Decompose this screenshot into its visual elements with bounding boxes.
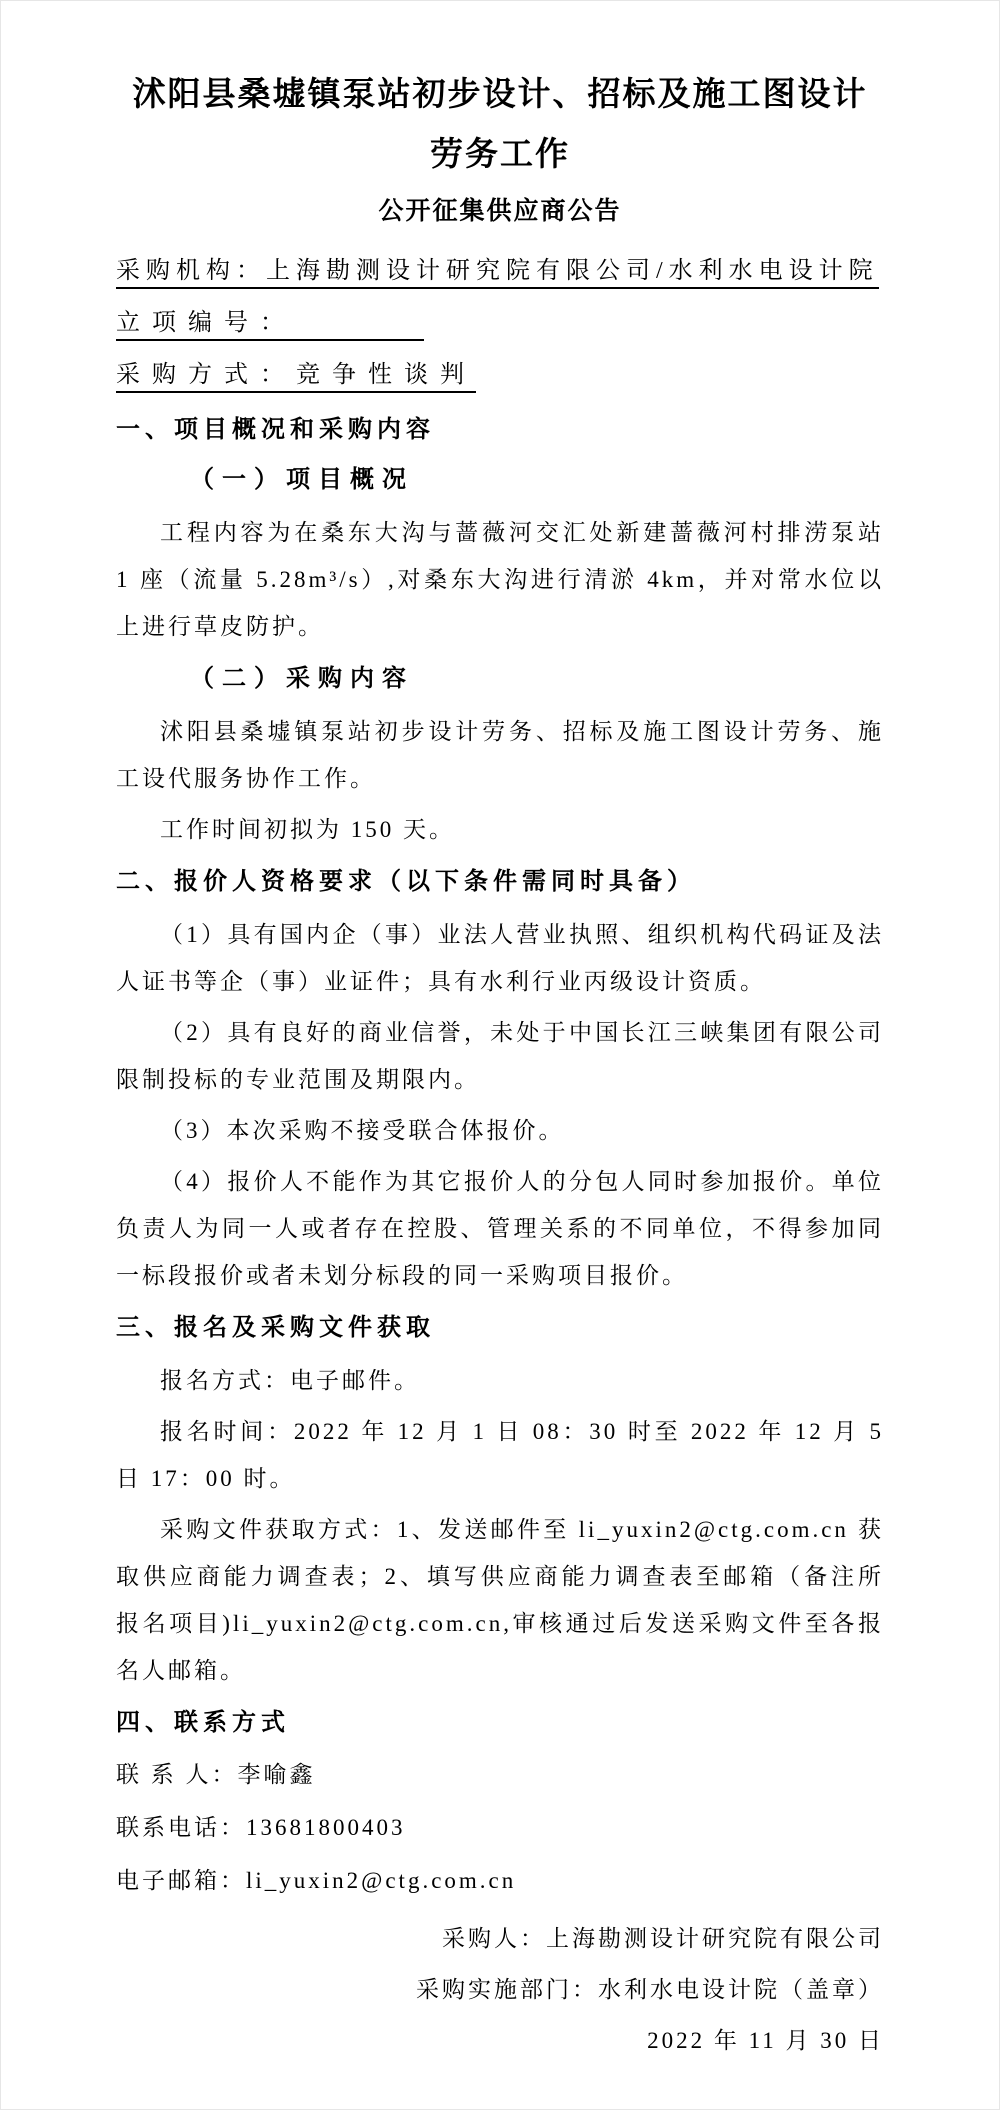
meta-agency-text: 采购机构：上海勘测设计研究院有限公司/水利水电设计院 [116,258,879,289]
section1-sub2-heading: （二）采购内容 [116,654,884,704]
registration-time-paragraph: 报名时间：2022 年 12 月 1 日 08：30 时至 2022 年 12 … [116,1408,884,1502]
registration-method-paragraph: 报名方式：电子邮件。 [116,1357,884,1404]
document-acquisition-paragraph: 采购文件获取方式：1、发送邮件至 li_yuxin2@ctg.com.cn 获取… [116,1506,884,1694]
procurement-content-paragraph: 沭阳县桑墟镇泵站初步设计劳务、招标及施工图设计劳务、施工设代服务协作工作。 [116,708,884,802]
document-title-line1: 沭阳县桑墟镇泵站初步设计、招标及施工图设计 [133,77,868,113]
document-subtitle: 公开征集供应商公告 [116,185,884,239]
meta-agency-line: 采购机构：上海勘测设计研究院有限公司/水利水电设计院 [116,245,884,297]
section2-heading: 二、报价人资格要求（以下条件需同时具备） [116,857,884,907]
contact-phone-line: 联系电话：13681800403 [116,1801,884,1854]
meta-project-no-label: 立项编号： [116,310,296,336]
meta-project-no-line: 立项编号： [116,297,884,349]
qualification-item-4: （4）报价人不能作为其它报价人的分包人同时参加报价。单位负责人为同一人或者存在控… [116,1158,884,1299]
section4-heading: 四、联系方式 [116,1698,884,1748]
contact-person-line: 联 系 人：李喻鑫 [116,1748,884,1801]
purchaser-line: 采购人：上海勘测设计研究院有限公司 [116,1913,884,1964]
qualification-item-2: （2）具有良好的商业信誉，未处于中国长江三峡集团有限公司限制投标的专业范围及期限… [116,1009,884,1103]
document-title: 沭阳县桑墟镇泵站初步设计、招标及施工图设计 劳务工作 [116,65,884,185]
meta-block: 采购机构：上海勘测设计研究院有限公司/水利水电设计院 立项编号： 采购方式：竞争… [116,245,884,401]
contact-email-line: 电子邮箱：li_yuxin2@ctg.com.cn [116,1854,884,1907]
announcement-date: 2022 年 11 月 30 日 [116,2015,884,2066]
project-overview-paragraph: 工程内容为在桑东大沟与蔷薇河交汇处新建蔷薇河村排涝泵站 1 座（流量 5.28m… [116,509,884,650]
implementing-department-line: 采购实施部门：水利水电设计院（盖章） [116,1964,884,2015]
section1-sub1-heading: （一）项目概况 [116,455,884,505]
signature-block: 采购人：上海勘测设计研究院有限公司 采购实施部门：水利水电设计院（盖章） 202… [116,1913,884,2066]
meta-project-no-blank [296,306,424,330]
qualification-item-3: （3）本次采购不接受联合体报价。 [116,1107,884,1154]
section3-heading: 三、报名及采购文件获取 [116,1303,884,1353]
section1-heading: 一、项目概况和采购内容 [116,405,884,455]
document-title-line2: 劳务工作 [430,137,570,173]
qualification-item-1: （1）具有国内企（事）业法人营业执照、组织机构代码证及法人证书等企（事）业证件；… [116,911,884,1005]
work-duration-paragraph: 工作时间初拟为 150 天。 [116,806,884,853]
meta-method-line: 采购方式：竞争性谈判 [116,349,884,401]
document-page: 沭阳县桑墟镇泵站初步设计、招标及施工图设计 劳务工作 公开征集供应商公告 采购机… [1,1,999,2109]
meta-method-text: 采购方式：竞争性谈判 [116,362,476,393]
